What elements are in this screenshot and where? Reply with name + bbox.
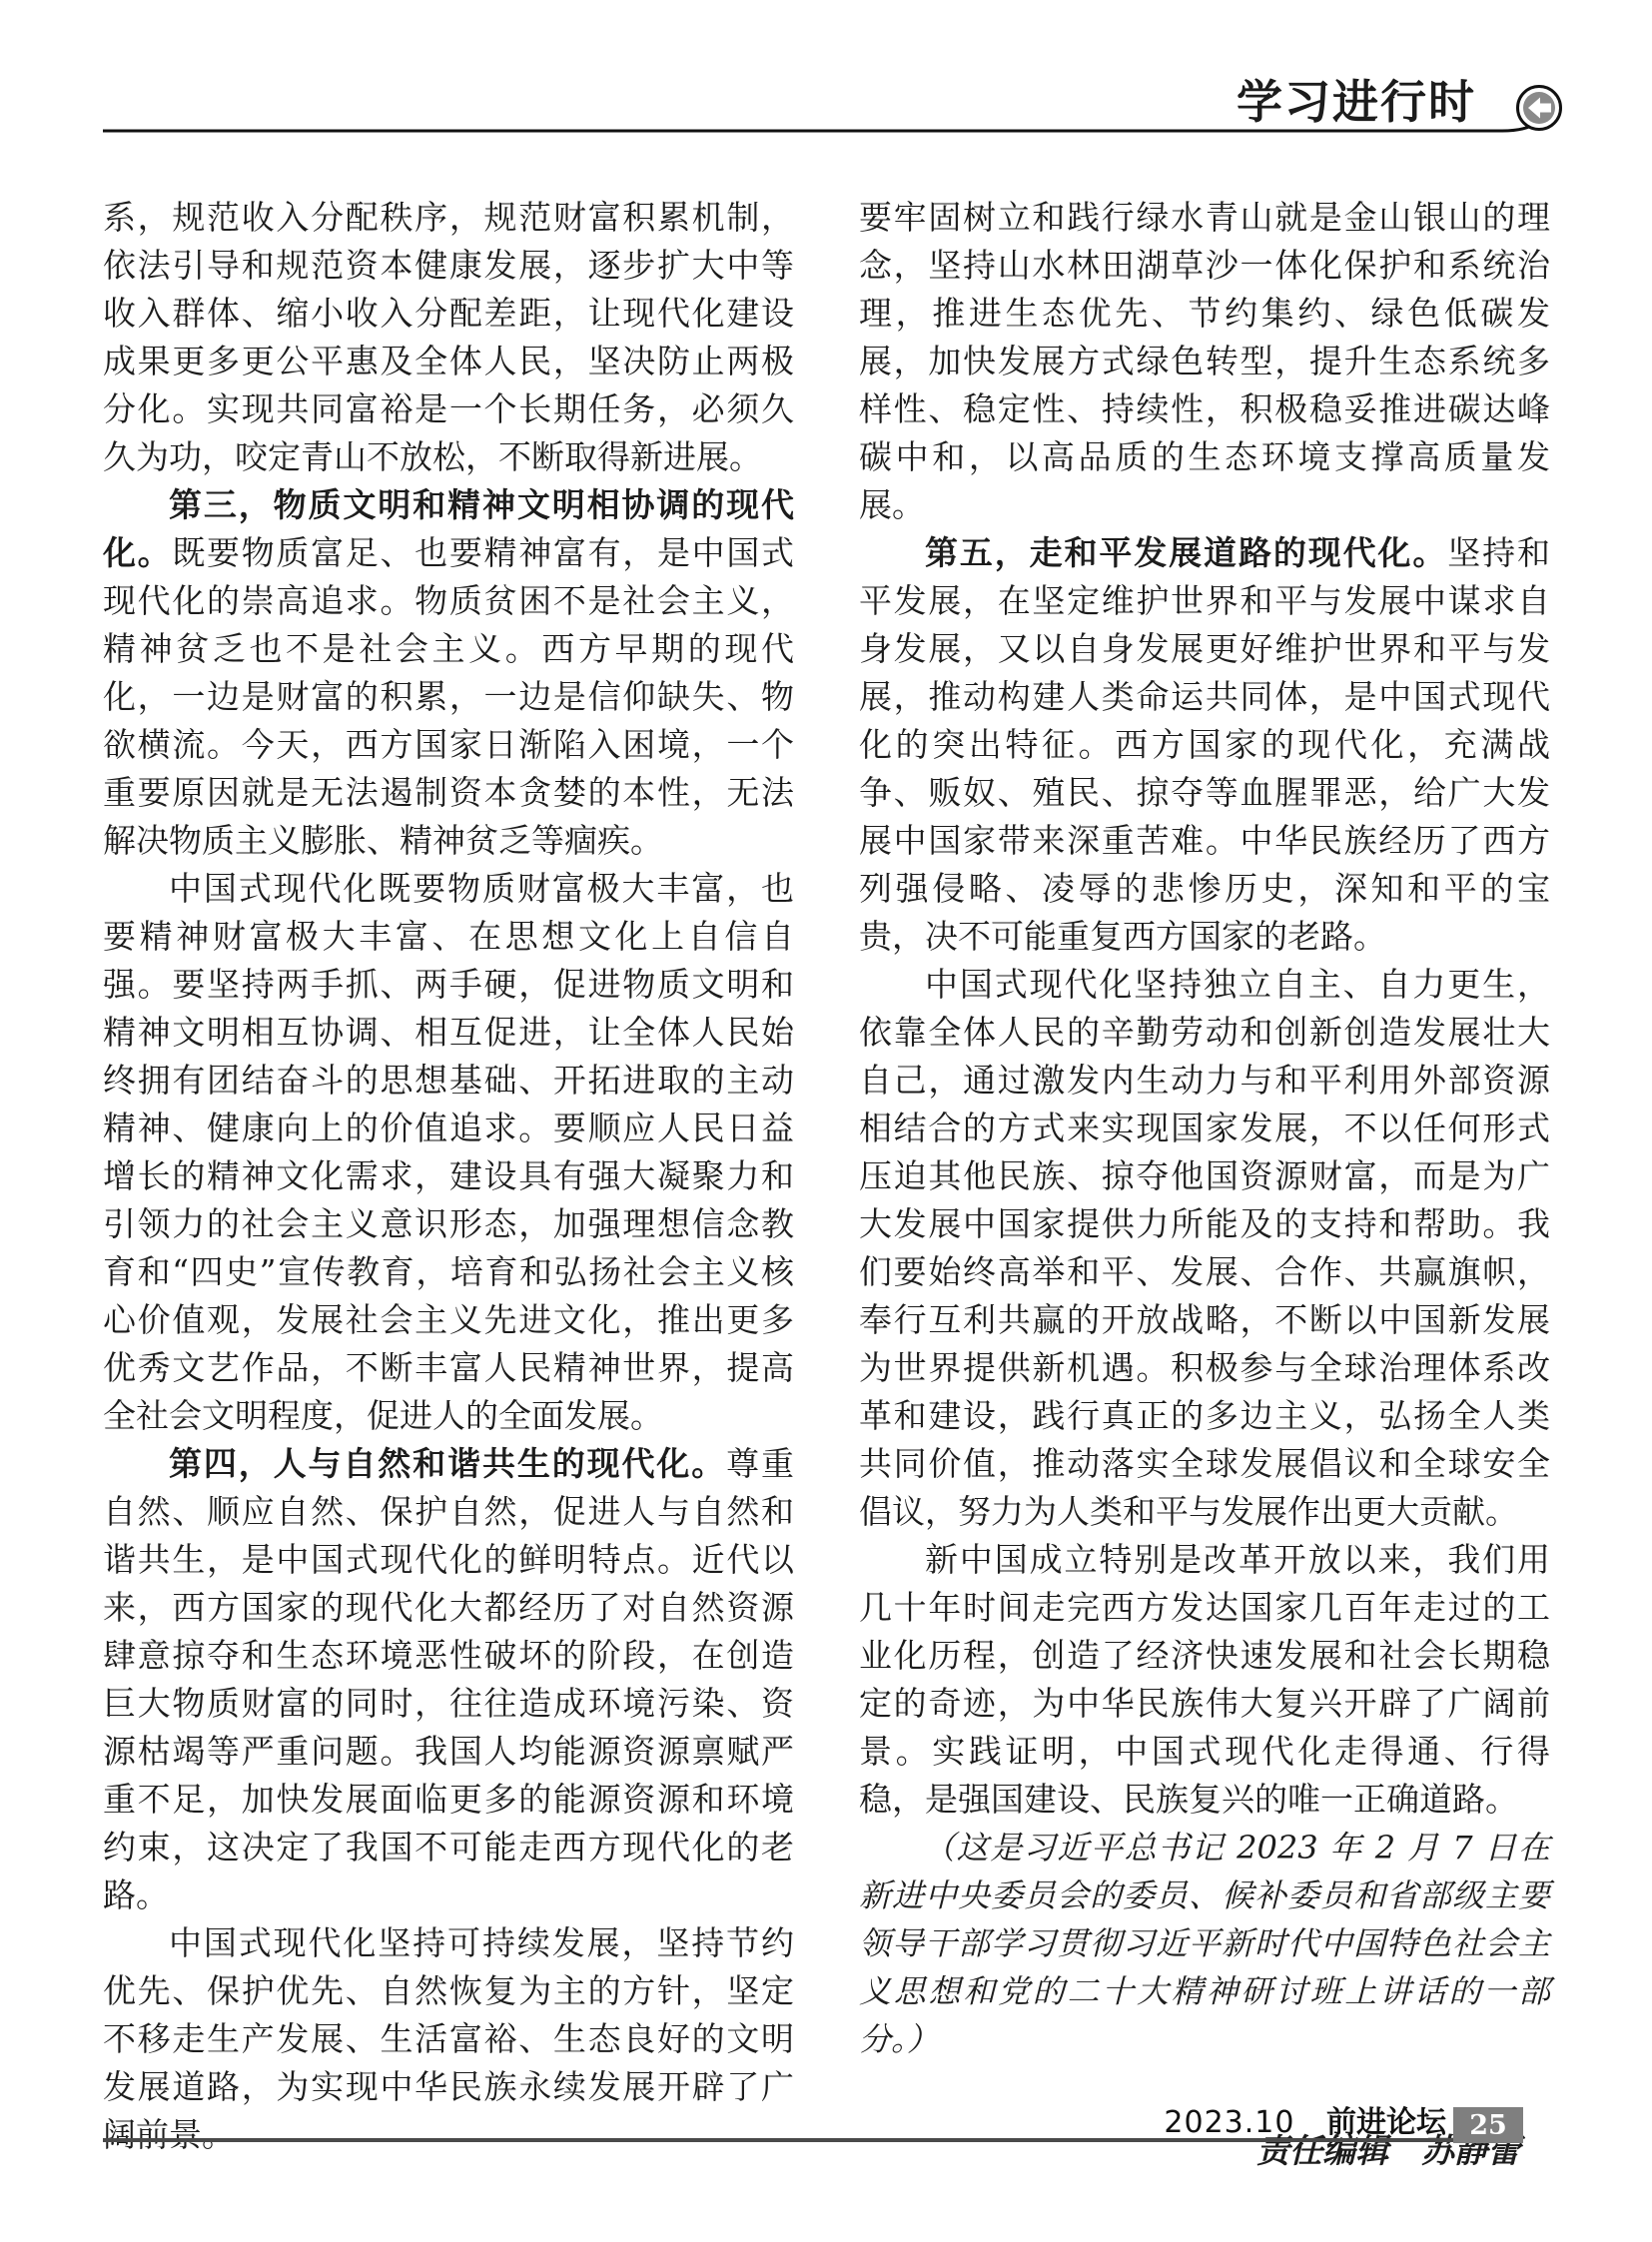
footer-journal-name: 前进论坛: [1326, 2105, 1446, 2140]
magazine-page: 学习进行时 系，规范收入分配秩序，规范财富积累机制，依法引导和规范资本健康发展，…: [0, 0, 1652, 2242]
paragraph: 中国式现代化既要物质财富极大丰富，也要精神财富极大丰富、在思想文化上自信自强。要…: [103, 865, 794, 1440]
page-header-title: 学习进行时: [1237, 66, 1476, 132]
footer-issue: 2023.10: [1164, 2105, 1294, 2140]
footer-meta: 2023.10 前进论坛: [1164, 2105, 1446, 2141]
section-paragraph: 第五，走和平发展道路的现代化。坚持和平发展，在坚定维护世界和平与发展中谋求自身发…: [859, 529, 1550, 961]
section-heading: 第三，物质文明和精神文明相协调的现代化。: [103, 485, 794, 572]
section-paragraph: 第三，物质文明和精神文明相协调的现代化。既要物质富足、也要精神富有，是中国式现代…: [103, 481, 794, 865]
paragraph: 要牢固树立和践行绿水青山就是金山银山的理念，坚持山水林田湖草沙一体化保护和系统治…: [859, 194, 1550, 529]
paragraph: 中国式现代化坚持独立自主、自力更生，依靠全体人民的辛勤劳动和创新创造发展壮大自己…: [859, 961, 1550, 1536]
left-column: 系，规范收入分配秩序，规范财富积累机制，依法引导和规范资本健康发展，逐步扩大中等…: [103, 194, 794, 2159]
right-column: 要牢固树立和践行绿水青山就是金山银山的理念，坚持山水林田湖草沙一体化保护和系统治…: [859, 194, 1550, 2175]
paragraph: 系，规范收入分配秩序，规范财富积累机制，依法引导和规范资本健康发展，逐步扩大中等…: [103, 194, 794, 481]
section-paragraph: 第四，人与自然和谐共生的现代化。尊重自然、顺应自然、保护自然，促进人与自然和谐共…: [103, 1440, 794, 1919]
section-heading: 第五，走和平发展道路的现代化。: [925, 533, 1447, 572]
section-heading: 第四，人与自然和谐共生的现代化。: [169, 1444, 726, 1483]
paragraph: 新中国成立特别是改革开放以来，我们用几十年时间走完西方发达国家几百年走过的工业化…: [859, 1536, 1550, 1824]
page-number-badge: 25: [1453, 2107, 1523, 2143]
right-column-paragraphs: 要牢固树立和践行绿水青山就是金山银山的理念，坚持山水林田湖草沙一体化保护和系统治…: [859, 194, 1550, 2063]
paragraph: （这是习近平总书记 2023 年 2 月 7 日在新进中央委员会的委员、候补委员…: [859, 1824, 1550, 2063]
paragraph: 中国式现代化坚持可持续发展，坚持节约优先、保护优先、自然恢复为主的方针，坚定不移…: [103, 1919, 794, 2159]
